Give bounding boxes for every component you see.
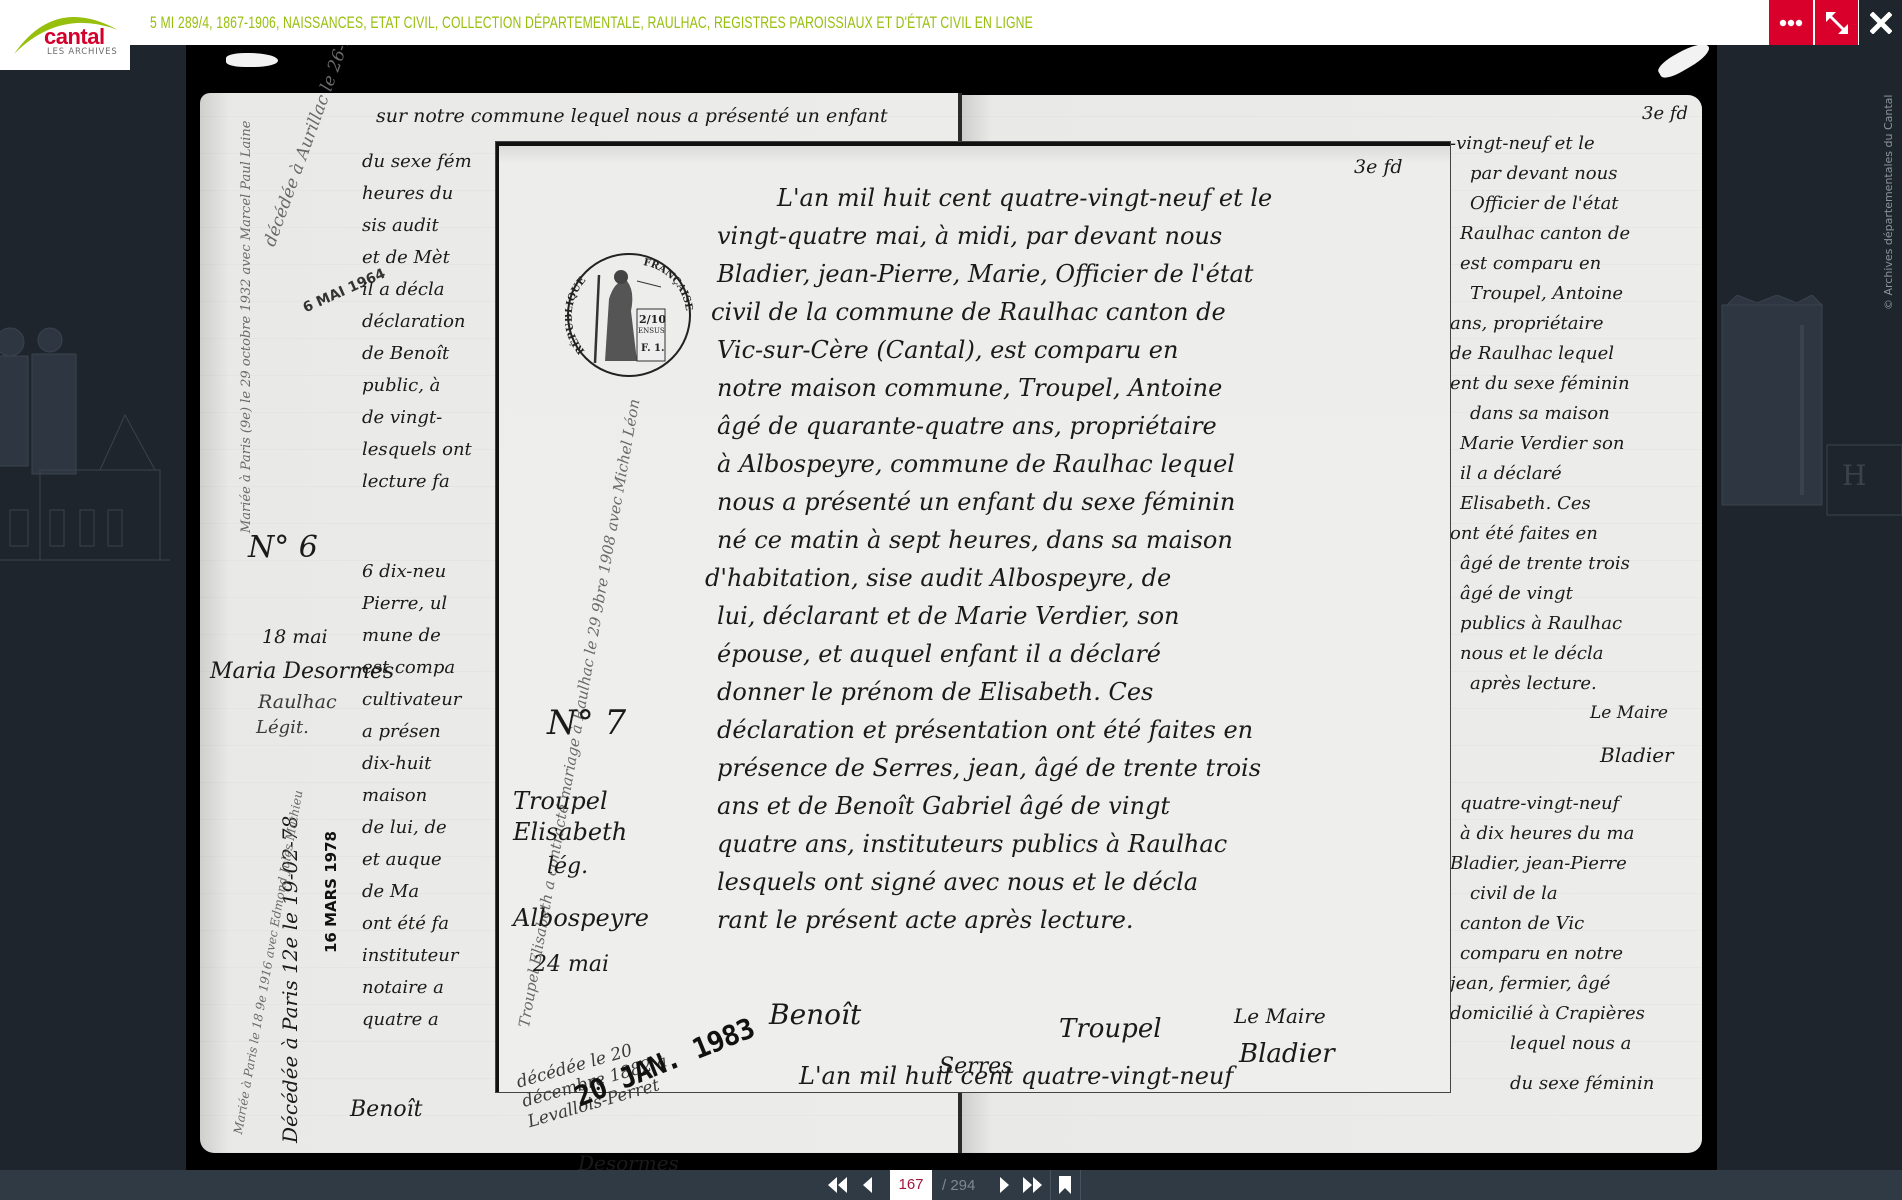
bookmark-icon xyxy=(1059,1176,1071,1194)
document-title: 5 MI 289/4, 1867-1906, NAISSANCES, ETAT … xyxy=(150,0,1033,45)
act-line: d'habitation, sise audit Albospeyre, de xyxy=(705,566,1445,590)
left-page-line: notaire a xyxy=(362,979,444,997)
first-page-button[interactable] xyxy=(824,1170,850,1200)
act-line: âgé de quarante-quatre ans, propriétaire xyxy=(717,414,1457,438)
background-illustration-left xyxy=(0,320,186,570)
left-page-line: Pierre, ul xyxy=(362,595,447,613)
right-page-line: après lecture. xyxy=(1470,675,1597,693)
entry-number: N° 6 xyxy=(248,533,318,563)
right-page-line: domicilié à Crapières xyxy=(1450,1005,1645,1023)
left-page-line: il a décla xyxy=(362,281,444,299)
right-page-line: Troupel, Antoine xyxy=(1470,285,1623,303)
overlay-act-page: 3e fd RÉPUBLIQUE FRANÇAISE 2/10 ENSUS F.… xyxy=(496,142,1450,1092)
right-page-line: comparu en notre xyxy=(1460,945,1623,963)
double-chevron-right-icon xyxy=(1022,1177,1044,1193)
act-line: civil de la commune de Raulhac canton de xyxy=(711,300,1451,324)
logo-wordmark: cantal xyxy=(44,26,105,48)
act-line: déclaration et présentation ont été fait… xyxy=(717,718,1457,742)
svg-text:RÉPUBLIQUE: RÉPUBLIQUE xyxy=(565,275,589,356)
act-line: quatre ans, instituteurs publics à Raulh… xyxy=(717,832,1457,856)
right-page-line: ent du sexe féminin xyxy=(1450,375,1630,393)
left-page-line: quatre a xyxy=(362,1011,439,1029)
signature-troupel: Troupel xyxy=(1059,1016,1162,1042)
right-folio: 3e fd xyxy=(1642,105,1688,123)
right-page-line: est comparu en xyxy=(1460,255,1601,273)
left-page-line: maison xyxy=(362,787,427,805)
next-act-line: L'an mil huit cent quatre-vingt-neuf xyxy=(799,1064,1233,1088)
left-page-line: de Ma xyxy=(362,883,419,901)
next-page-button[interactable] xyxy=(996,1170,1014,1200)
right-page-line: Marie Verdier son xyxy=(1460,435,1624,453)
margin-note-marriage: Mariée à Paris (9e) le 29 octobre 1932 a… xyxy=(240,121,253,533)
right-page-line: ans, propriétaire xyxy=(1450,315,1603,333)
current-page-input[interactable]: 167 xyxy=(890,1170,932,1200)
left-page-line: sur notre commune lequel nous a présenté… xyxy=(376,107,888,126)
left-page-line: déclaration xyxy=(362,313,466,331)
background-illustration-right: H xyxy=(1717,295,1902,555)
top-bar: cantal LES ARCHIVES 5 MI 289/4, 1867-190… xyxy=(0,0,1902,45)
right-page-line: Le Maire xyxy=(1590,705,1668,722)
total-pages: / 294 xyxy=(942,1170,975,1200)
pager-divider xyxy=(1050,1170,1051,1200)
expand-arrows-icon xyxy=(1824,10,1850,36)
republique-francaise-tax-stamp-icon: RÉPUBLIQUE FRANÇAISE 2/10 ENSUS F. 1. xyxy=(565,251,693,379)
left-page-line: du sexe fém xyxy=(362,153,472,171)
left-page-line: mune de xyxy=(362,627,441,645)
left-page-line: sis audit xyxy=(362,217,439,235)
entry-place: Raulhac xyxy=(258,693,337,712)
right-page-line: à dix heures du ma xyxy=(1460,825,1634,843)
right-page-line: nous et le décla xyxy=(1460,645,1603,663)
left-page-line: public, à xyxy=(362,377,440,395)
right-page-line: il a déclaré xyxy=(1460,465,1562,483)
close-x-icon xyxy=(1870,12,1892,34)
act-line: ans et de Benoît Gabriel âgé de vingt xyxy=(717,794,1457,818)
chevron-right-icon xyxy=(999,1177,1011,1193)
logo-subtitle: LES ARCHIVES xyxy=(47,48,118,57)
entry-date: 18 mai xyxy=(262,628,328,647)
last-page-button[interactable] xyxy=(1020,1170,1046,1200)
left-page-line: cultivateur xyxy=(362,691,461,709)
left-page-line: lecture fa xyxy=(362,473,450,491)
act-line: notre maison commune, Troupel, Antoine xyxy=(717,376,1457,400)
right-page-line: lequel nous a xyxy=(1510,1035,1631,1053)
right-page-line: ont été faites en xyxy=(1450,525,1598,543)
bookmark-button[interactable] xyxy=(1054,1170,1076,1200)
pagination-bar: 167 / 294 xyxy=(0,1170,1902,1200)
left-page-line: de Benoît xyxy=(362,345,449,363)
overlay-entry-date: 24 mai xyxy=(533,954,609,976)
svg-text:ENSUS: ENSUS xyxy=(638,327,665,335)
signature-benoit: Benoît xyxy=(769,1001,861,1029)
ellipsis-icon xyxy=(1779,19,1803,27)
left-page-line: ont été fa xyxy=(362,915,449,933)
left-page-line: a présen xyxy=(362,723,441,741)
right-page-line: du sexe féminin xyxy=(1510,1075,1654,1093)
left-page-line: dix-huit xyxy=(362,755,431,773)
act-line: vingt-quatre mai, à midi, par devant nou… xyxy=(717,224,1457,248)
left-page-line: est compa xyxy=(362,659,455,677)
svg-text:F. 1.: F. 1. xyxy=(641,343,665,354)
left-page-line: de lui, de xyxy=(362,819,447,837)
maire-label: Le Maire xyxy=(1234,1006,1326,1026)
act-line: à Albospeyre, commune de Raulhac lequel xyxy=(717,452,1457,476)
document-image-viewer[interactable]: sur notre commune lequel nous a présenté… xyxy=(186,45,1717,1170)
previous-page-button[interactable] xyxy=(858,1170,876,1200)
right-page-line: Bladier xyxy=(1600,745,1674,765)
act-line: L'an mil huit cent quatre-vingt-neuf et … xyxy=(777,186,1517,210)
left-page-body: du sexe fém heures du sis audit et de Mè… xyxy=(352,153,472,1053)
copyright-notice: © Archives départementales du Cantal xyxy=(1882,95,1895,310)
bottom-word: Desormes xyxy=(578,1153,679,1170)
left-page-line: et auque xyxy=(362,851,442,869)
svg-text:H: H xyxy=(1842,459,1866,492)
overlay-act-text: L'an mil huit cent quatre-vingt-neuf et … xyxy=(717,186,1457,946)
act-line: lui, déclarant et de Marie Verdier, son xyxy=(717,604,1457,628)
signature-bladier: Bladier xyxy=(1239,1041,1335,1067)
act-line: né ce matin à sept heures, dans sa maiso… xyxy=(717,528,1457,552)
left-page-line: de vingt- xyxy=(362,409,442,427)
fullscreen-button[interactable] xyxy=(1814,0,1858,45)
act-line: Vic-sur-Cère (Cantal), est comparu en xyxy=(717,338,1457,362)
act-line: donner le prénom de Elisabeth. Ces xyxy=(717,680,1457,704)
right-page-line: canton de Vic xyxy=(1460,915,1584,933)
entry-status: Légit. xyxy=(256,719,309,737)
right-page-line: quatre-vingt-neuf xyxy=(1460,795,1619,813)
right-page-line: jean, fermier, âgé xyxy=(1450,975,1610,993)
left-page-line: instituteur xyxy=(362,947,459,965)
chevron-left-icon xyxy=(861,1177,873,1193)
right-page-line: Elisabeth. Ces xyxy=(1460,495,1591,513)
right-page-line: civil de la xyxy=(1470,885,1558,903)
right-page-line: âgé de vingt xyxy=(1460,585,1573,603)
more-options-button[interactable] xyxy=(1769,0,1813,45)
right-page-line: -vingt-neuf et le xyxy=(1450,135,1595,153)
right-page-line: par devant nous xyxy=(1470,165,1617,183)
left-page-line: lesquels ont xyxy=(362,441,472,459)
act-line: nous a présenté un enfant du sexe fémini… xyxy=(717,490,1457,514)
left-page-line: 6 dix-neu xyxy=(362,563,446,581)
left-signature: Benoît xyxy=(350,1099,422,1121)
right-page-line: Bladier, jean-Pierre xyxy=(1450,855,1627,873)
cantal-archives-logo[interactable]: cantal LES ARCHIVES xyxy=(0,0,130,70)
right-page-line: publics à Raulhac xyxy=(1460,615,1622,633)
right-page-line: âgé de trente trois xyxy=(1460,555,1630,573)
svg-text:2/10: 2/10 xyxy=(639,313,666,326)
overlay-entry-status: lég. xyxy=(547,856,588,878)
right-page-line: de Raulhac lequel xyxy=(1450,345,1614,363)
overlay-entry-number: N° 7 xyxy=(547,706,626,740)
act-line: présence de Serres, jean, âgé de trente … xyxy=(717,756,1457,780)
paper-scrap xyxy=(226,53,278,67)
overlay-entry-name: Troupel Elisabeth xyxy=(513,786,673,848)
right-page-line: Raulhac canton de xyxy=(1460,225,1630,243)
left-page-line: heures du xyxy=(362,185,453,203)
close-button[interactable] xyxy=(1859,0,1902,45)
act-line: lesquels ont signé avec nous et le décla xyxy=(717,870,1457,894)
act-line: Bladier, jean-Pierre, Marie, Officier de… xyxy=(717,262,1457,286)
right-page-line: dans sa maison xyxy=(1470,405,1610,423)
overlay-entry-place: Albospeyre xyxy=(513,906,649,930)
right-page-body: -vingt-neuf et le par devant nous Offici… xyxy=(1450,135,1702,1135)
overlay-folio: 3e fd xyxy=(1354,158,1403,177)
pager-divider xyxy=(1080,1170,1081,1200)
act-line: rant le présent acte après lecture. xyxy=(717,908,1457,932)
act-line: épouse, et auquel enfant il a déclaré xyxy=(717,642,1457,666)
death-stamp: 16 MARS 1978 xyxy=(322,831,340,953)
paper-scrap xyxy=(1655,45,1712,82)
left-page-line: et de Mèt xyxy=(362,249,450,267)
double-chevron-left-icon xyxy=(826,1177,848,1193)
